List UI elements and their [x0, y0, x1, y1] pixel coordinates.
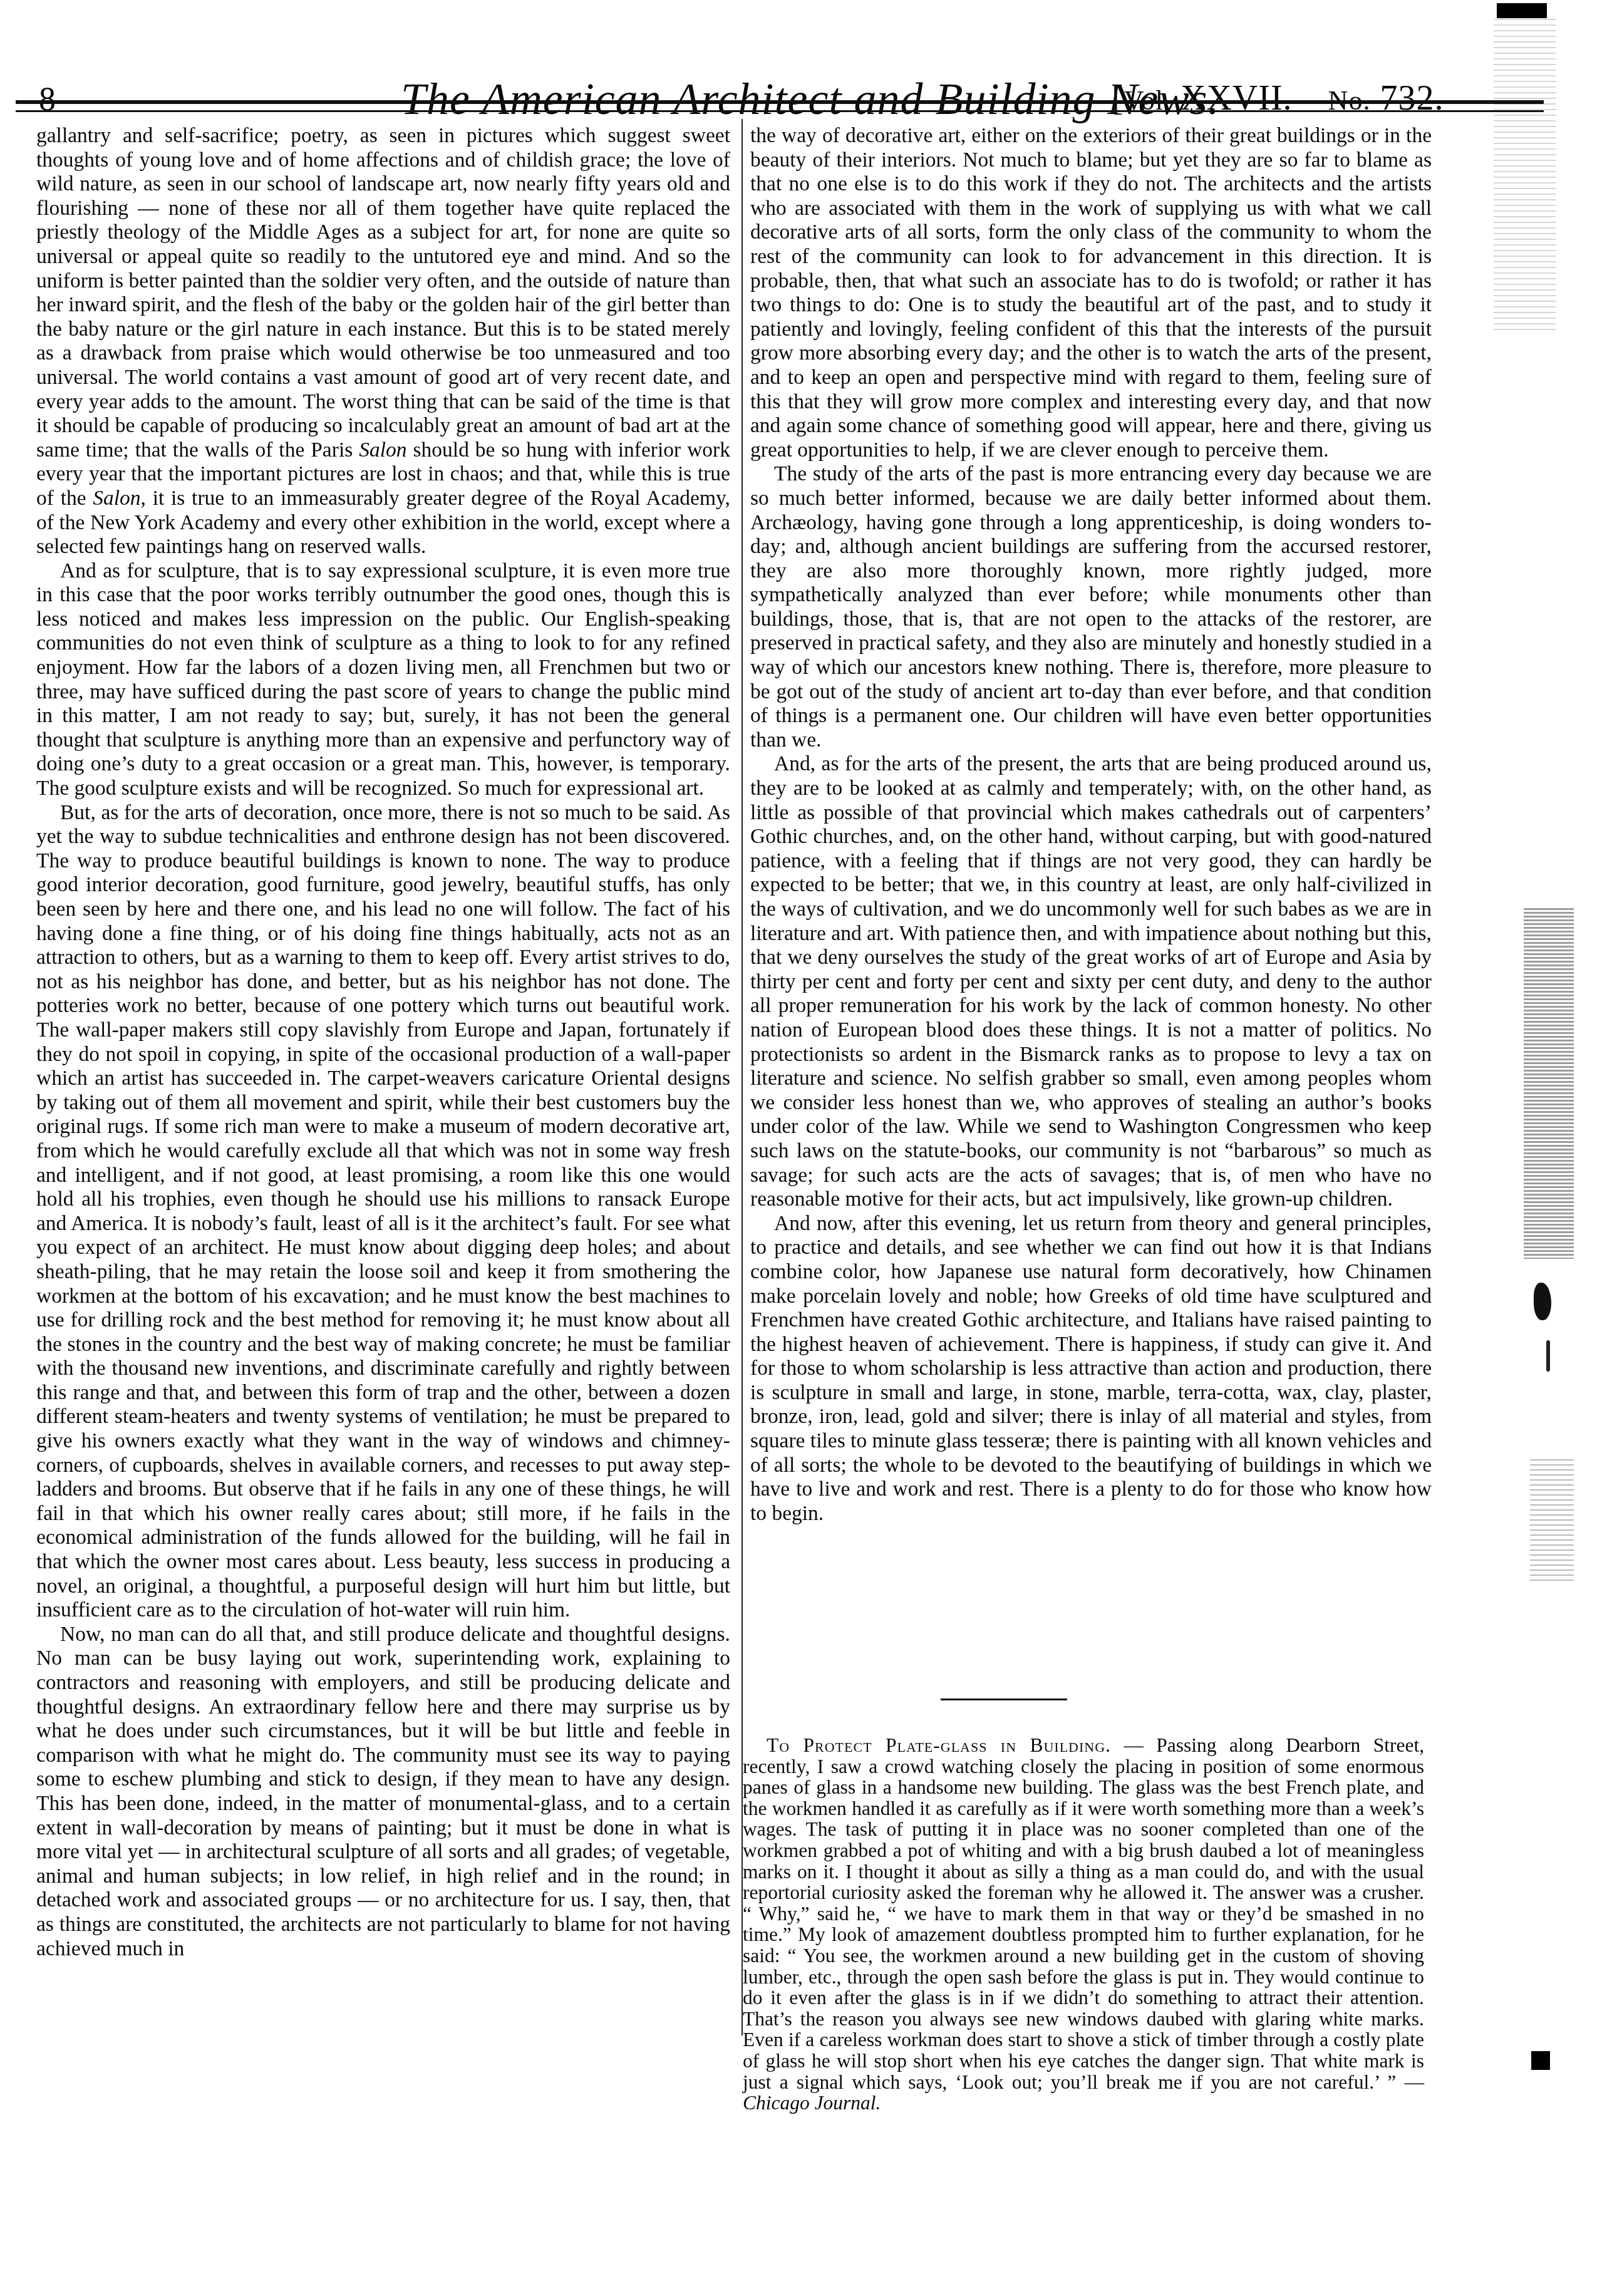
masthead-rule-thick	[16, 100, 1544, 104]
italic-term: Salon	[359, 438, 406, 462]
paragraph-sculpture: And as for sculpture, that is to say exp…	[36, 559, 730, 801]
scan-artifact-blot	[1534, 1283, 1551, 1320]
section-divider-rule	[941, 1699, 1067, 1700]
scan-artifact-speckle	[1530, 1459, 1574, 1585]
attribution-dash: —	[1396, 2071, 1424, 2093]
scan-artifact-speckle	[1494, 19, 1556, 332]
publication-title: The American Architect and Building News…	[401, 74, 1220, 124]
paragraph: gallantry and self-sacrifice; poetry, as…	[36, 124, 730, 559]
scan-artifact-mark	[1546, 1340, 1550, 1372]
heading-dash: —	[1111, 1734, 1156, 1756]
left-column: gallantry and self-sacrifice; poetry, as…	[36, 124, 730, 1961]
scan-artifact-blot	[1531, 2051, 1550, 2070]
paragraph-decoration: But, as for the arts of decoration, once…	[36, 801, 730, 1623]
article-source: Chicago Journal.	[743, 2092, 881, 2114]
issue-info: [Vol. XXVII.—No. 732.	[1112, 76, 1444, 123]
scan-edge-artifact	[1494, 0, 1594, 2296]
italic-term: Salon	[93, 487, 140, 510]
paragraph-no-man: Now, no man can do all that, and still p…	[36, 1623, 730, 1961]
paragraph-study-of-past: The study of the arts of the past is mor…	[750, 462, 1432, 752]
scan-artifact-speckle	[1524, 908, 1574, 1259]
article-text: Passing along Dearborn Street, recently,…	[743, 1734, 1424, 2093]
article-plate-glass: To Protect Plate-glass in Building. — Pa…	[743, 1735, 1424, 2114]
text-run: gallantry and self-sacrifice; poetry, as…	[36, 124, 730, 462]
page-number: 8	[39, 80, 56, 118]
paragraph-decorative-art: the way of decorative art, either on the…	[750, 124, 1432, 462]
paragraph-return-to-practice: And now, after this evening, let us retu…	[750, 1212, 1432, 1526]
paragraph-arts-of-present: And, as for the arts of the present, the…	[750, 752, 1432, 1211]
scan-artifact-block	[1497, 3, 1547, 18]
article-body: To Protect Plate-glass in Building. — Pa…	[743, 1735, 1424, 2114]
article-heading: To Protect Plate-glass in Building.	[767, 1734, 1111, 1756]
text-run: , it is true to an immeasurably greater …	[36, 487, 730, 558]
masthead-rule-thin	[16, 110, 1544, 112]
right-column: the way of decorative art, either on the…	[750, 124, 1432, 1526]
